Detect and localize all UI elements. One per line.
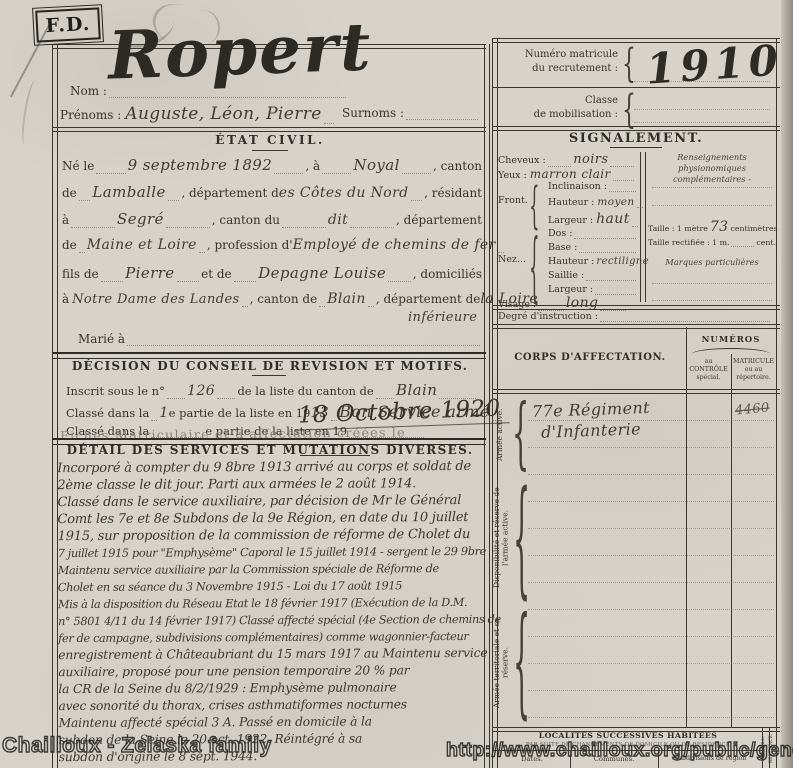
nez-saillie-row: Saillie : bbox=[548, 270, 638, 281]
cheveux-row: Cheveux : noirs bbox=[498, 152, 636, 167]
nom-line bbox=[109, 94, 346, 98]
corps-entry-line1: 77e Régiment bbox=[532, 398, 651, 421]
nez-dos-row: Dos : bbox=[548, 228, 638, 239]
parents-line: fils de Pierre et de Depagne Louise , do… bbox=[62, 264, 482, 282]
a-label: à bbox=[62, 292, 69, 306]
base-label: Base : bbox=[548, 242, 577, 253]
canton-du-label: , canton du bbox=[212, 213, 280, 227]
nez-label: Nez... bbox=[498, 254, 526, 265]
ne-le-label: Né le bbox=[62, 159, 94, 173]
decision-top-rule bbox=[52, 352, 486, 359]
corps-col-line-2 bbox=[731, 354, 732, 727]
departement3-value-2: inférieure bbox=[408, 310, 477, 325]
numeros-brace bbox=[692, 348, 770, 354]
nom-label: Nom : bbox=[70, 84, 107, 98]
nez-largeur-label: Largeur : bbox=[548, 284, 593, 295]
domicile-value: Notre Dame des Landes bbox=[72, 292, 239, 307]
yeux-row: Yeux : marron clair bbox=[498, 167, 636, 181]
departement-label: , département bbox=[396, 213, 482, 227]
etat-civil-title: ÉTAT CIVIL. bbox=[56, 133, 484, 147]
classe1-number: 1 bbox=[159, 405, 168, 421]
decision-title: DÉCISION DU CONSEIL DE REVISION ET MOTIF… bbox=[56, 359, 484, 373]
et-de-label: et de bbox=[201, 267, 232, 281]
watermark-url: http://www.chailloux.org/public/geneal/ bbox=[446, 739, 793, 762]
profession-value: Employé de chemins de fer bbox=[293, 237, 496, 253]
services-text-block: Incorporé à compter du 9 8bre 1913 arriv… bbox=[57, 458, 489, 766]
departement-de-label: , département de bbox=[376, 292, 481, 306]
residence-value: Segré bbox=[117, 210, 164, 228]
marie-line bbox=[127, 342, 480, 346]
departement2-value: Maine et Loire bbox=[87, 237, 197, 253]
renseignements-note: Renseignements physionomiques complément… bbox=[650, 152, 774, 184]
numeros-header: NUMÉROS bbox=[686, 335, 776, 345]
residence-line: à Segré , canton du dit , département bbox=[62, 210, 482, 228]
military-record-sheet: F.D. Ropert Nom : Prénoms : Auguste, Léo… bbox=[0, 0, 793, 768]
yeux-value: marron clair bbox=[530, 167, 611, 181]
taille-rect-label: Taille rectifiée : 1 m. bbox=[648, 238, 729, 247]
etat-civil-underline bbox=[252, 150, 288, 151]
inclinaison-label: Inclinaison : bbox=[548, 181, 607, 192]
a-label: à bbox=[62, 213, 69, 227]
front-label: Front. bbox=[498, 195, 528, 206]
nom-row: Nom : bbox=[70, 84, 348, 98]
inscrit-canton-value: Blain bbox=[396, 381, 437, 399]
fils-de-label: fils de bbox=[62, 267, 99, 281]
matricule-col-header: MATRICULE ou au répertoire. bbox=[733, 358, 774, 383]
front-largeur-row: Largeur : haut bbox=[548, 211, 638, 227]
dos-label: Dos : bbox=[548, 228, 572, 239]
corps-entry-line2: d'Infanterie bbox=[541, 419, 642, 441]
armee-active-label: Armée active. bbox=[496, 398, 510, 472]
father-value: Pierre bbox=[125, 264, 174, 282]
inscrit-row: Inscrit sous le n° 126 de la liste du ca… bbox=[66, 381, 478, 399]
disponibilite-brace: { bbox=[513, 480, 530, 606]
corps-title: CORPS D'AFFECTATION. bbox=[500, 352, 680, 363]
taille-rectifiee-row: Taille rectifiée : 1 m. cent. bbox=[648, 238, 776, 247]
yeux-label: Yeux : bbox=[498, 170, 527, 181]
front-hauteur-label: Hauteur : bbox=[548, 197, 594, 208]
signalement-divider bbox=[640, 152, 646, 302]
saillie-label: Saillie : bbox=[548, 270, 584, 281]
de-label: de bbox=[62, 186, 77, 200]
departement-value: es Côtes du Nord bbox=[279, 185, 409, 201]
front-largeur-label: Largeur : bbox=[548, 215, 593, 226]
services-underline bbox=[300, 455, 370, 456]
taille-rect-unit: cent. bbox=[756, 238, 776, 247]
nez-brace: { bbox=[529, 228, 539, 304]
creation-stamp-date: 18 Octobre 1920 bbox=[294, 395, 509, 430]
service-line: Maintenu service auxiliaire par la Commi… bbox=[58, 560, 488, 579]
classe1-label: Classé dans la bbox=[66, 406, 149, 420]
marie-label: Marié à bbox=[78, 332, 125, 346]
nez-largeur-row: Largeur : bbox=[548, 284, 638, 295]
nez-hauteur-row: Hauteur : rectiligne bbox=[548, 256, 642, 267]
etat-civil-top-rule bbox=[52, 127, 486, 132]
taille-unit: centimètres bbox=[730, 224, 777, 233]
page-edge bbox=[781, 0, 793, 768]
territoriale-label: Armée territoriale et sa réserve. bbox=[493, 604, 515, 722]
marie-row: Marié à bbox=[78, 332, 482, 346]
inscrit-number: 126 bbox=[187, 383, 215, 399]
territoriale-brace: { bbox=[513, 606, 530, 726]
inscrit-mid-label: de la liste du canton de bbox=[237, 384, 373, 398]
classe1-mid-label: e partie de la liste en 19 bbox=[169, 406, 311, 420]
residant-label: , résidant bbox=[424, 186, 482, 200]
front-hauteur-value: moyen bbox=[597, 196, 634, 208]
cheveux-value: noirs bbox=[573, 152, 608, 167]
cheveux-label: Cheveux : bbox=[498, 155, 546, 166]
front-largeur-value: haut bbox=[596, 211, 630, 227]
canton-de-label: , canton de bbox=[250, 292, 318, 306]
signalement-title: SIGNALEMENT. bbox=[492, 131, 780, 146]
matricule-number-struck: 4460 bbox=[734, 401, 770, 419]
domicile-line: à Notre Dame des Landes , canton de Blai… bbox=[62, 291, 482, 307]
birth-place-value: Noyal bbox=[353, 156, 399, 174]
prenoms-value: Auguste, Léon, Pierre bbox=[125, 104, 321, 124]
degre-row: Degré d'instruction : bbox=[498, 311, 772, 322]
canton-du-value: dit bbox=[328, 212, 348, 228]
decision-underline bbox=[252, 375, 286, 376]
controle-col-header: au CONTRÔLE spécial. bbox=[688, 358, 729, 383]
surname-script: Ropert bbox=[107, 7, 374, 94]
birth-line-2: de Lamballe , département d es Côtes du … bbox=[62, 183, 482, 201]
services-title: DÉTAIL DES SERVICES ET MUTATIONS DIVERSE… bbox=[56, 443, 484, 457]
classe-mobilisation-label: Classe de mobilisation : bbox=[500, 94, 618, 121]
nez-base-row: Base : bbox=[548, 242, 638, 253]
taille-label: Taille : 1 mètre bbox=[648, 224, 708, 233]
taille-row: Taille : 1 mètre 73 centimètres bbox=[648, 219, 776, 235]
fd-stamp: F.D. bbox=[35, 7, 101, 42]
nez-hauteur-label: Hauteur : bbox=[548, 256, 594, 267]
nez-hauteur-value: rectiligne bbox=[596, 256, 649, 267]
numero-matricule-label: Numéro matricule du recrutement : bbox=[500, 48, 618, 75]
front-hauteur-row: Hauteur : moyen bbox=[548, 196, 638, 208]
birth-date-value: 9 septembre 1892 bbox=[128, 156, 273, 174]
pencil-scribble bbox=[19, 79, 41, 146]
service-line: enregistrement à Châteaubriant du 15 mar… bbox=[58, 645, 488, 664]
de-label: de bbox=[62, 238, 77, 252]
taille-value: 73 bbox=[710, 219, 729, 235]
profession-line: de Maine et Loire , profession d' Employ… bbox=[62, 237, 482, 253]
a-label: , à bbox=[305, 159, 320, 173]
domicilies-label: , domiciliés bbox=[413, 267, 482, 281]
canton-label: , canton bbox=[433, 159, 482, 173]
birth-line-1: Né le 9 septembre 1892 , à Noyal , canto… bbox=[62, 156, 482, 174]
numero-matricule-value: 1910 bbox=[644, 35, 784, 93]
surnoms-row: Surnoms : bbox=[342, 106, 480, 120]
inscrit-label: Inscrit sous le n° bbox=[66, 384, 165, 398]
prenoms-row: Prénoms : Auguste, Léon, Pierre bbox=[60, 104, 336, 124]
watermark-family: Chailloux - Zelaska family bbox=[2, 734, 272, 758]
disponibilite-label: Disponibilité et réserve de l'armée acti… bbox=[493, 478, 515, 598]
prenoms-label: Prénoms : bbox=[60, 108, 121, 122]
front-inclinaison-row: Inclinaison : bbox=[548, 181, 638, 192]
fd-stamp-text: F.D. bbox=[45, 13, 91, 37]
degre-label: Degré d'instruction : bbox=[498, 311, 598, 322]
profession-label: , profession d' bbox=[207, 238, 293, 252]
departement-label: , département d bbox=[181, 186, 278, 200]
service-line: Incorporé à compter du 9 8bre 1913 arriv… bbox=[57, 458, 487, 477]
surnoms-line bbox=[406, 116, 478, 120]
mother-value: Depagne Louise bbox=[258, 264, 386, 282]
surnoms-label: Surnoms : bbox=[342, 106, 404, 120]
left-border bbox=[52, 44, 58, 768]
canton-value: Lamballe bbox=[92, 183, 165, 201]
canton3-value: Blain bbox=[327, 291, 366, 307]
armee-active-brace: { bbox=[512, 397, 529, 475]
marques-label: Marques particulières bbox=[650, 257, 774, 267]
